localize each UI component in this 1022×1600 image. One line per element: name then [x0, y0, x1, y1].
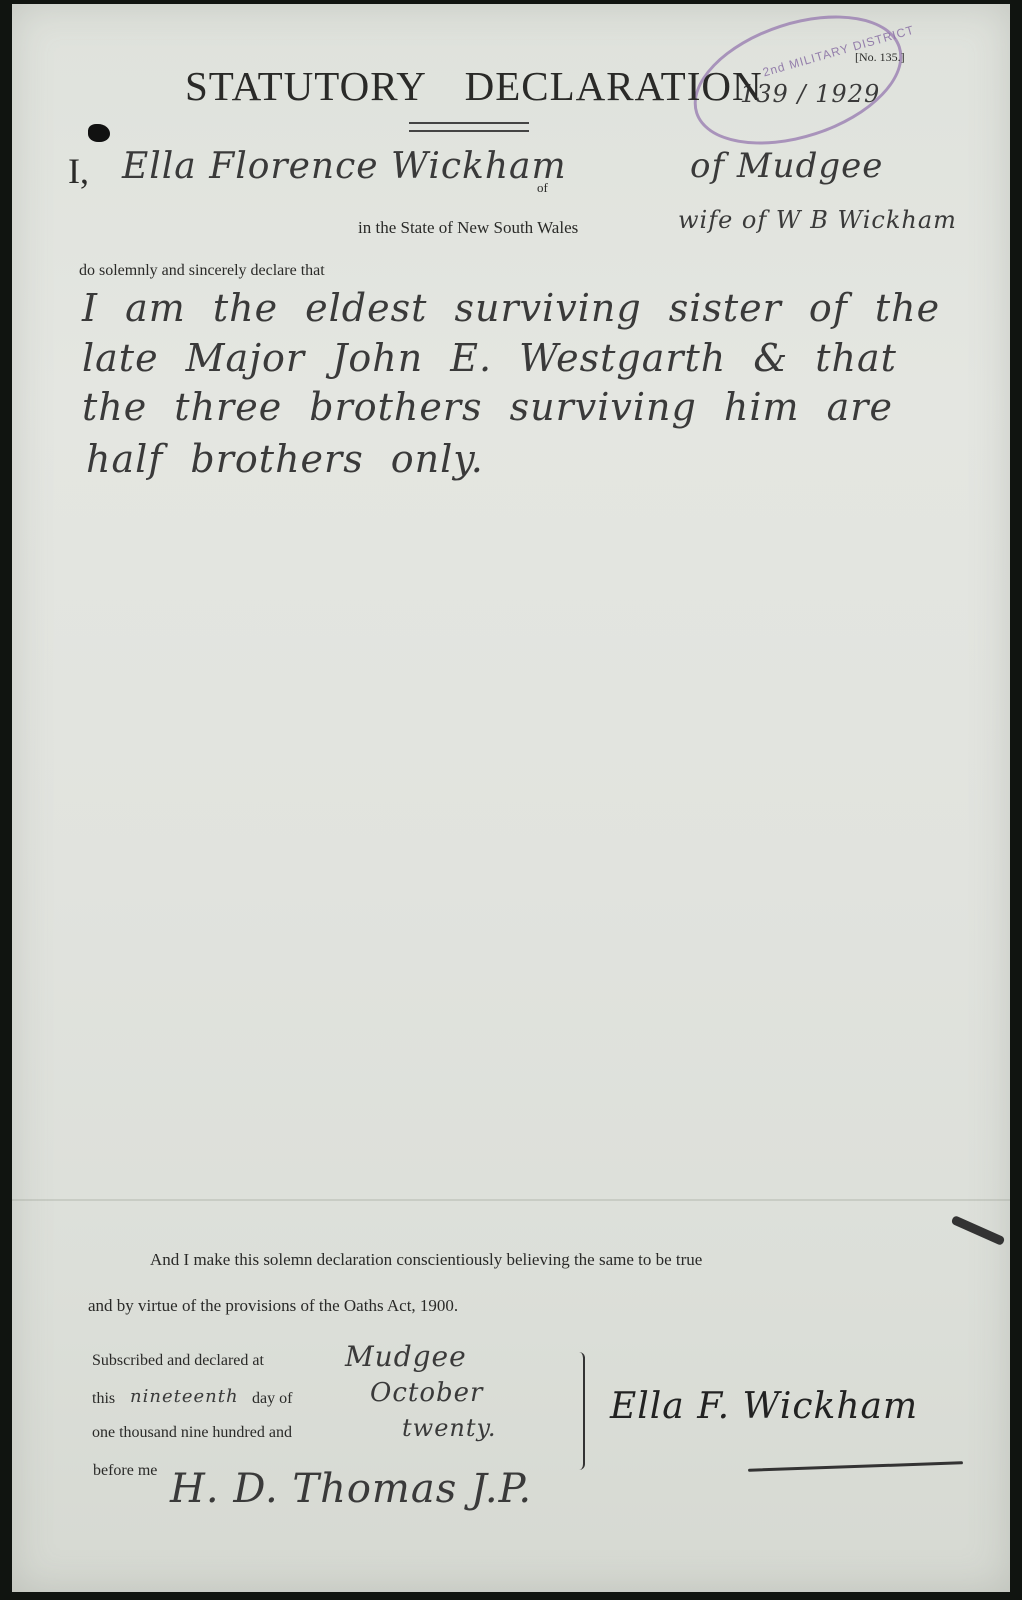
declaration-line-4: half brothers only.	[86, 437, 484, 481]
attestation-month: October	[370, 1378, 483, 1408]
attestation-place: Mudgee	[345, 1340, 467, 1373]
declarant-name: Ella Florence Wickham	[122, 146, 567, 187]
declaration-line-1: I am the eldest surviving sister of the	[82, 286, 940, 330]
of-label: of	[537, 180, 548, 196]
witness-signature: H. D. Thomas J.P.	[170, 1466, 532, 1512]
closing-line-1: And I make this solemn declaration consc…	[150, 1250, 702, 1270]
declarant-prefix: I,	[68, 150, 89, 192]
ink-mark	[951, 1215, 1006, 1246]
attestation-day: nineteenth	[130, 1386, 239, 1407]
state-label: in the State of New South Wales	[358, 218, 578, 238]
attestation-year: twenty.	[402, 1414, 497, 1442]
year-label: one thousand nine hundred and	[92, 1424, 292, 1442]
closing-line-2: and by virtue of the provisions of the O…	[88, 1296, 458, 1316]
declaration-line-3: the three brothers surviving him are	[82, 385, 893, 429]
declaration-line-2: late Major John E. Westgarth & that	[82, 336, 897, 380]
this-label: this	[92, 1390, 115, 1408]
title-double-rule	[409, 122, 529, 132]
page-title: STATUTORY DECLARATION	[185, 62, 763, 110]
before-me-label: before me	[93, 1462, 157, 1480]
day-of-label: day of	[252, 1390, 292, 1408]
signature-brace	[575, 1352, 585, 1470]
declaration-intro: do solemnly and sincerely declare that	[79, 262, 325, 280]
subscribed-label: Subscribed and declared at	[92, 1352, 264, 1370]
fold-line	[12, 1199, 1010, 1201]
paper-damage	[88, 124, 110, 142]
declarant-occupation: wife of W B Wickham	[678, 206, 957, 234]
declarant-place: of Mudgee	[690, 146, 883, 186]
declarant-signature: Ella F. Wickham	[610, 1386, 918, 1427]
form-number: [No. 135.]	[855, 50, 905, 65]
